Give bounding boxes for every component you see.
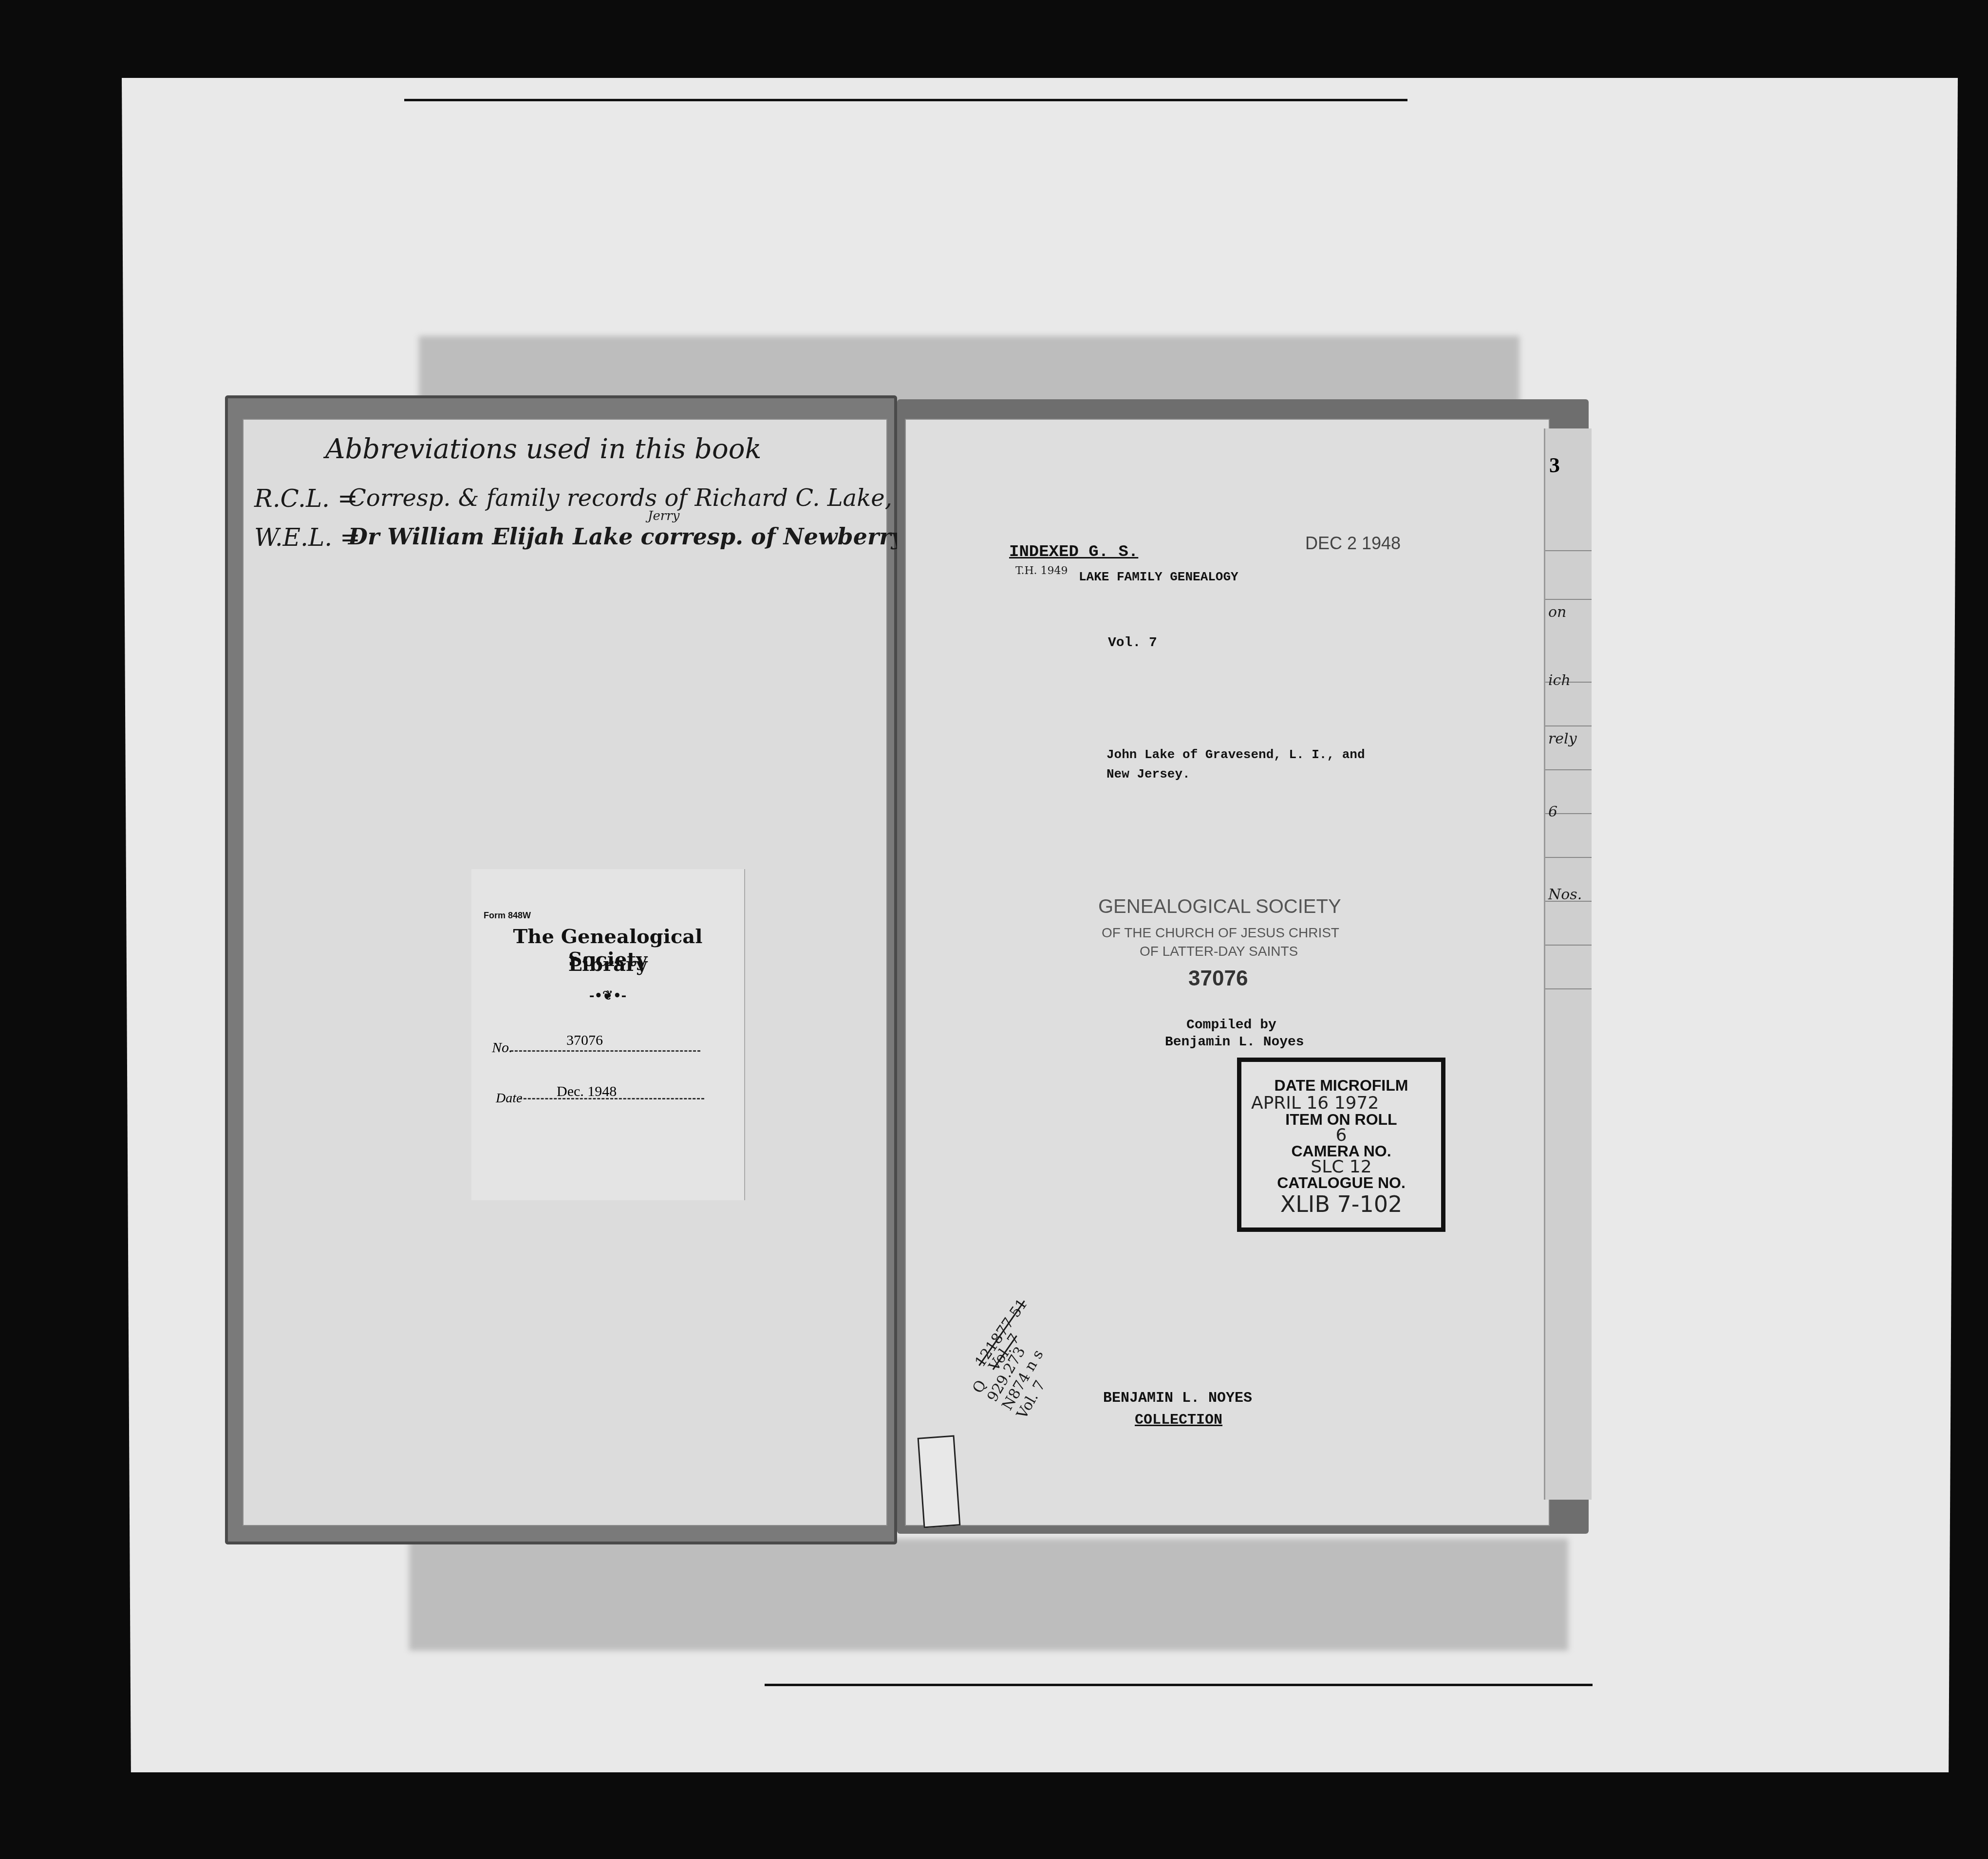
indexed-note: T.H. 1949 — [1015, 565, 1068, 577]
compiler-name: Benjamin L. Noyes — [1165, 1035, 1304, 1050]
edge-fragment: 6 — [1548, 803, 1557, 820]
library-title-line2: Library — [471, 953, 744, 976]
catalogue-no-label: CATALOGUE NO. — [1241, 1174, 1441, 1192]
page-number: 3 — [1549, 453, 1560, 478]
compiled-by-label: Compiled by — [1186, 1018, 1276, 1033]
date-value: Dec. 1948 — [557, 1083, 617, 1100]
bottom-frame-rule — [765, 1684, 1593, 1686]
collection-line2: COLLECTION — [1135, 1412, 1222, 1429]
society-stamp-line3: OF LATTER-DAY SAINTS — [1140, 944, 1298, 959]
microfilm-date-value: APRIL 16 1972 — [1251, 1093, 1451, 1113]
abbreviation-insert: Jerry — [648, 509, 679, 523]
no-line — [510, 1050, 700, 1052]
top-frame-rule — [404, 99, 1407, 101]
microfilm-stamp: DATE MICROFILM APRIL 16 1972 ITEM ON ROL… — [1237, 1058, 1445, 1232]
abbreviation-key-rcl: R.C.L. = — [254, 484, 358, 513]
society-stamp-line1: GENEALOGICAL SOCIETY — [1098, 896, 1341, 918]
edge-fragment: ich — [1548, 672, 1571, 689]
form-number: Form 848W — [484, 911, 531, 921]
library-bookplate: Form 848W The Genealogical Society Libra… — [471, 869, 745, 1200]
subtitle-line1: John Lake of Gravesend, L. I., and — [1107, 747, 1365, 762]
collection-line1: BENJAMIN L. NOYES — [1103, 1390, 1252, 1407]
society-stamp-line2: OF THE CHURCH OF JESUS CHRIST — [1102, 925, 1339, 941]
book-shadow-bottom — [409, 1539, 1568, 1651]
no-value: 37076 — [566, 1032, 603, 1049]
edge-fragment: rely — [1548, 730, 1577, 747]
abbreviation-key-wel: W.E.L. = — [254, 523, 360, 552]
page-edge-strip: 3 on ich rely 6 Nos. — [1544, 428, 1592, 1500]
date-received-stamp: DEC 2 1948 — [1305, 533, 1401, 554]
indexed-stamp: INDEXED G. S. — [1009, 543, 1138, 561]
bookmark-tab — [918, 1435, 961, 1528]
ornament-icon: -•❦•- — [471, 988, 744, 1003]
catalogue-no-value: XLIB 7-102 — [1241, 1191, 1441, 1217]
book-title: LAKE FAMILY GENEALOGY — [1079, 570, 1238, 584]
volume-label: Vol. 7 — [1108, 635, 1157, 651]
society-stamp-number: 37076 — [1188, 967, 1248, 991]
subtitle-line2: New Jersey. — [1107, 767, 1190, 781]
no-label: No. — [492, 1040, 513, 1056]
date-label: Date — [496, 1091, 522, 1106]
edge-fragment: Nos. — [1548, 886, 1582, 903]
abbreviations-heading: Abbreviations used in this book — [325, 433, 761, 465]
microfilm-frame: Abbreviations used in this book R.C.L. =… — [0, 0, 1988, 1859]
microfilm-date-label: DATE MICROFILM — [1241, 1077, 1441, 1095]
edge-fragment: on — [1548, 604, 1566, 621]
